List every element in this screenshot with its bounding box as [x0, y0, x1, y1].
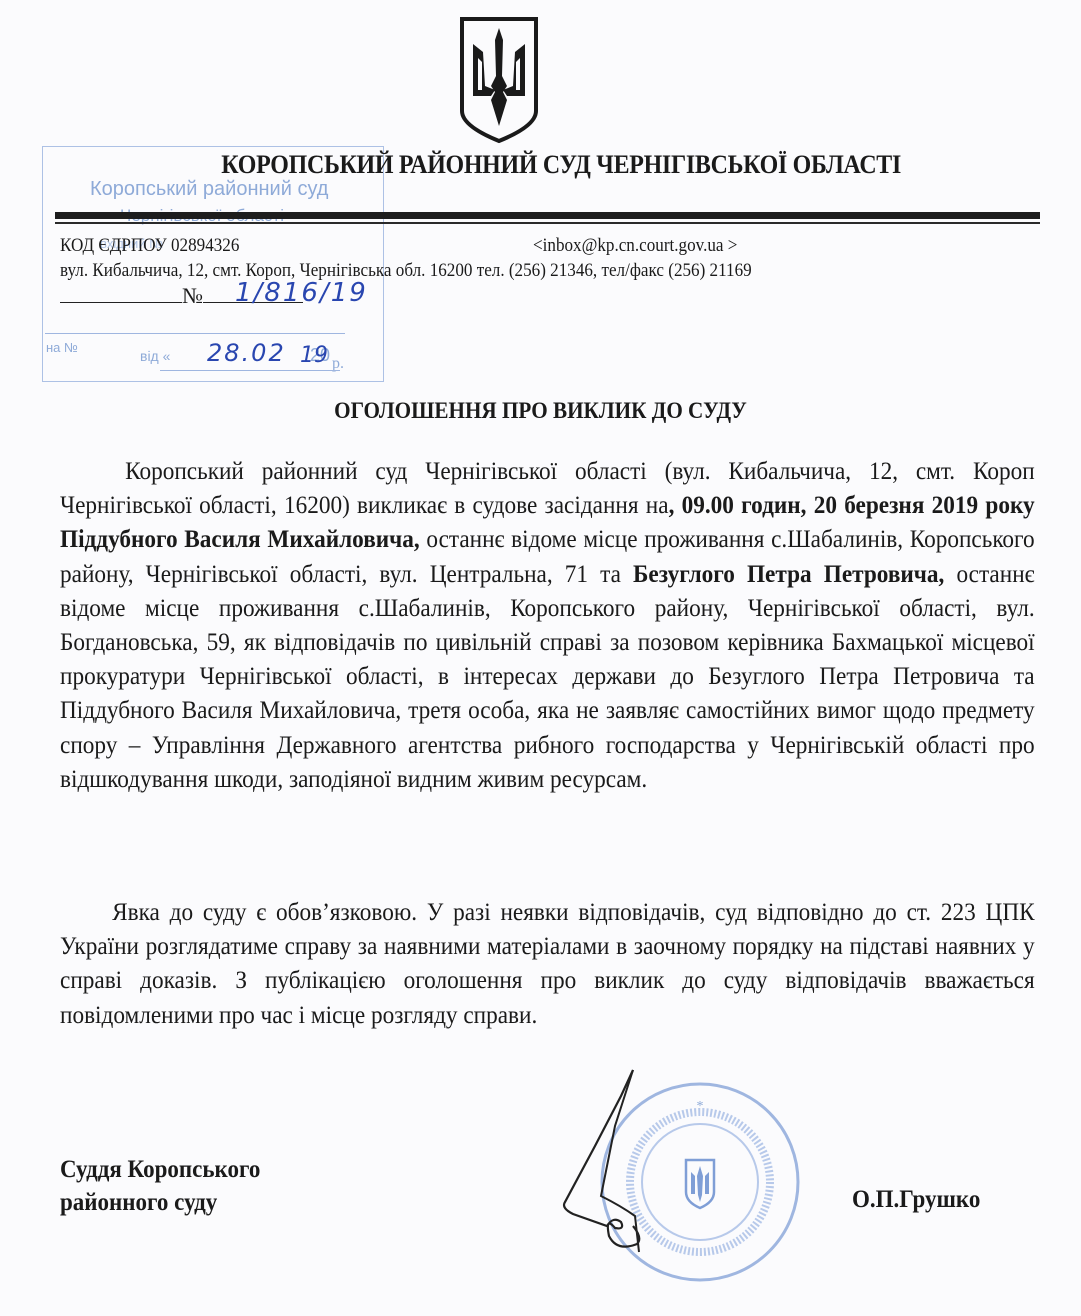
edrpou-code: КОД ЄДРПОУ 02894326: [60, 234, 239, 258]
document-title: ОГОЛОШЕННЯ ПРО ВИКЛИК ДО СУДУ: [43, 398, 1038, 424]
date-blank: [60, 282, 182, 303]
paragraph-summons: Коропський районний суд Чернігівської об…: [60, 455, 1035, 797]
court-email: <inbox@kp.cn.court.gov.ua >: [533, 234, 737, 258]
header-rule-thick: [55, 212, 1040, 219]
court-address: вул. Кибальчича, 12, смт. Короп, Чернігі…: [60, 259, 752, 283]
svg-text:*: *: [697, 1099, 704, 1114]
appearance-text: Явка до суду є обов’язковою. У разі неяв…: [60, 899, 1035, 1029]
judge-name: О.П.Грушко: [852, 1186, 980, 1214]
handwritten-number: 1/816/19: [235, 278, 368, 308]
judge-position-line2: районного суду: [60, 1186, 260, 1219]
header-rule-thin: [55, 222, 1040, 224]
paragraph-appearance: Явка до суду є обов’язковою. У разі неяв…: [60, 896, 1035, 1033]
court-title: КОРОПСЬКИЙ РАЙОННИЙ СУД ЧЕРНІГІВСЬКОЇ ОБ…: [43, 150, 1038, 180]
defendant-2: Безуглого Петра Петровича,: [633, 561, 944, 588]
number-label: №: [182, 283, 203, 308]
stamp-ref-prefix: на №: [46, 340, 78, 355]
stamp-court-name: Коропський районний суд: [90, 178, 328, 201]
handwritten-date: 28.02: [207, 339, 286, 367]
stamp-divider: [45, 333, 345, 334]
stamp-date-line: [160, 370, 340, 371]
summons-text-3: останнє відоме місце проживання с.Шабали…: [60, 561, 1035, 793]
judge-position: Суддя Коропського районного суду: [60, 1153, 260, 1219]
signature-icon: [555, 1066, 665, 1256]
stamp-from-label: від «: [140, 348, 170, 364]
judge-position-line1: Суддя Коропського: [60, 1153, 260, 1186]
trident-coat-of-arms-icon: [459, 16, 539, 144]
handwritten-year: 19: [300, 343, 328, 368]
